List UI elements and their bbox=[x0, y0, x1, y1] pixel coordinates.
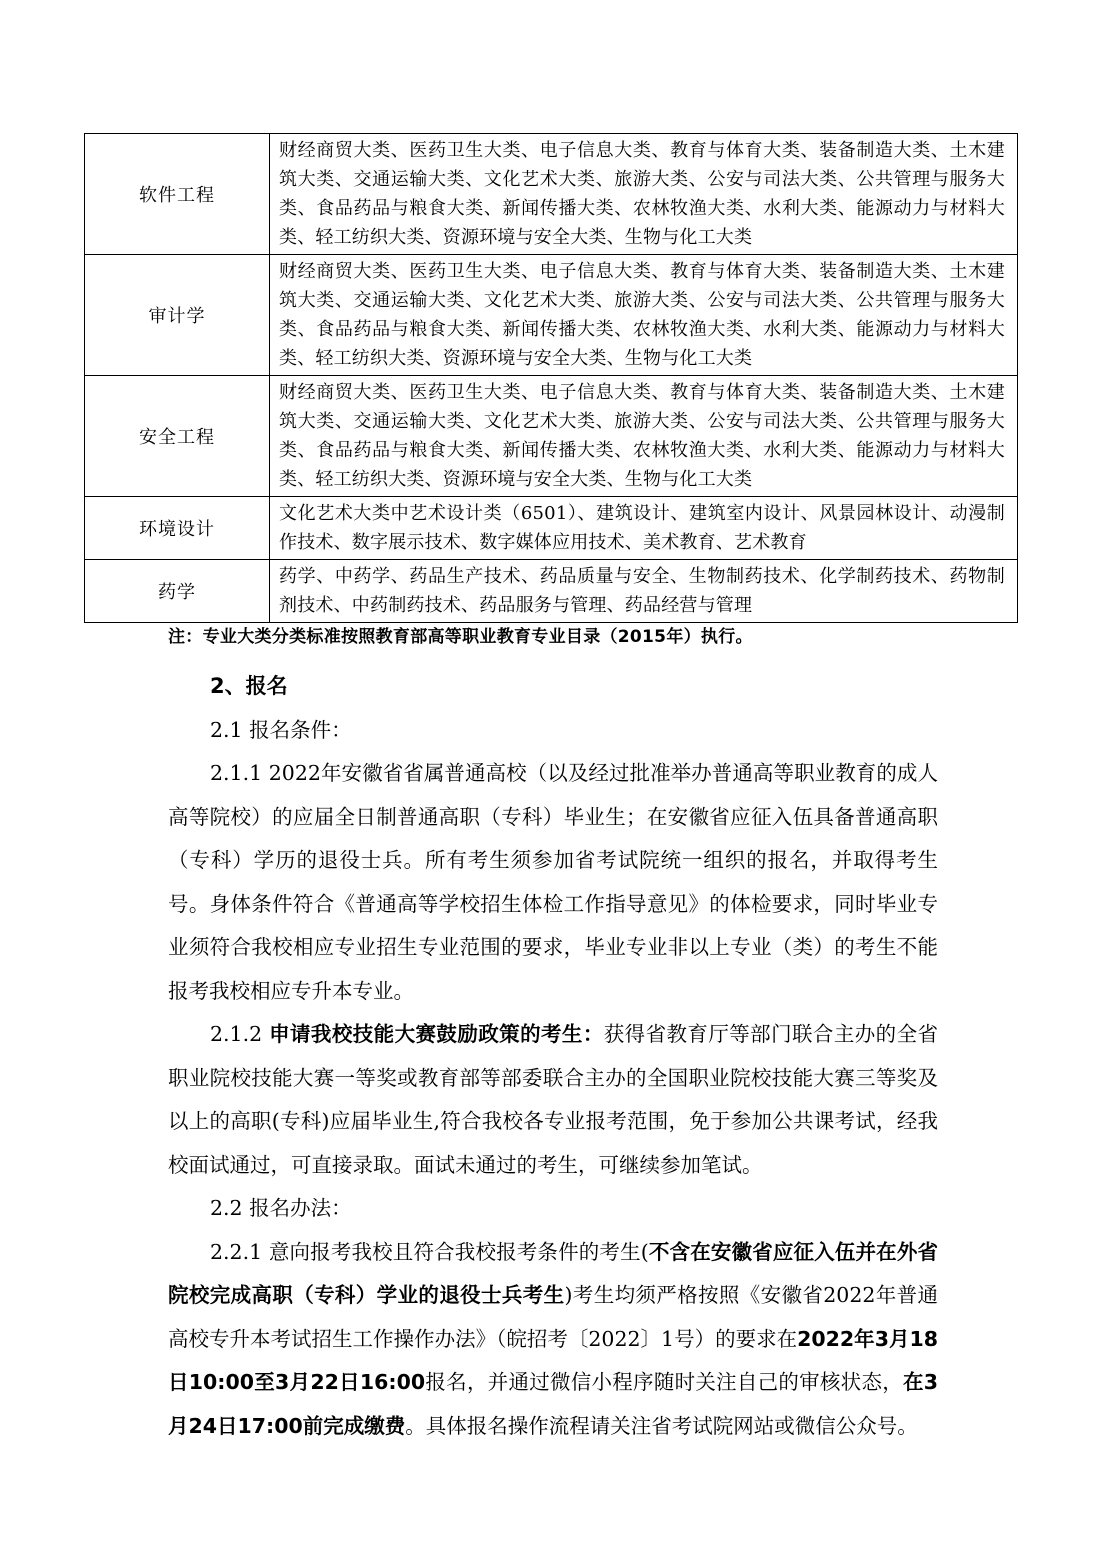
bold-clause-title: 申请我校技能大赛鼓励政策的考生： bbox=[269, 1022, 604, 1046]
clause-number: 2.1.2 bbox=[210, 1022, 269, 1046]
subsection-heading-2-2: 2.2 报名办法： bbox=[168, 1187, 938, 1231]
clause-text: 2.2.1 意向报考我校且符合我校报考条件的考生( bbox=[210, 1240, 649, 1264]
paragraph-2-1-2: 2.1.2 申请我校技能大赛鼓励政策的考生：获得省教育厅等部门联合主办的全省职业… bbox=[168, 1013, 938, 1187]
major-scope-table: 软件工程 财经商贸大类、医药卫生大类、电子信息大类、教育与体育大类、装备制造大类… bbox=[84, 133, 1018, 623]
table-note: 注：专业大类分类标准按照教育部高等职业教育专业目录（2015年）执行。 bbox=[168, 622, 753, 647]
paragraph-2-2-1: 2.2.1 意向报考我校且符合我校报考条件的考生(不含在安徽省应征入伍并在外省院… bbox=[168, 1231, 938, 1449]
subsection-heading-2-1: 2.1 报名条件： bbox=[168, 709, 938, 753]
major-scope: 财经商贸大类、医药卫生大类、电子信息大类、教育与体育大类、装备制造大类、土木建筑… bbox=[270, 255, 1018, 376]
table-row: 软件工程 财经商贸大类、医药卫生大类、电子信息大类、教育与体育大类、装备制造大类… bbox=[85, 134, 1018, 255]
major-scope: 药学、中药学、药品生产技术、药品质量与安全、生物制药技术、化学制药技术、药物制剂… bbox=[270, 560, 1018, 623]
major-scope: 文化艺术大类中艺术设计类（6501）、建筑设计、建筑室内设计、风景园林设计、动漫… bbox=[270, 497, 1018, 560]
major-name: 审计学 bbox=[85, 255, 270, 376]
major-scope: 财经商贸大类、医药卫生大类、电子信息大类、教育与体育大类、装备制造大类、土木建筑… bbox=[270, 376, 1018, 497]
major-name: 软件工程 bbox=[85, 134, 270, 255]
paragraph-2-1-1: 2.1.1 2022年安徽省省属普通高校（以及经过批准举办普通高等职业教育的成人… bbox=[168, 752, 938, 1013]
major-name: 环境设计 bbox=[85, 497, 270, 560]
registration-section: 2、报名 2.1 报名条件： 2.1.1 2022年安徽省省属普通高校（以及经过… bbox=[168, 665, 938, 1448]
major-name: 安全工程 bbox=[85, 376, 270, 497]
major-scope: 财经商贸大类、医药卫生大类、电子信息大类、教育与体育大类、装备制造大类、土木建筑… bbox=[270, 134, 1018, 255]
document-page: 软件工程 财经商贸大类、医药卫生大类、电子信息大类、教育与体育大类、装备制造大类… bbox=[0, 0, 1102, 1559]
table-row: 安全工程 财经商贸大类、医药卫生大类、电子信息大类、教育与体育大类、装备制造大类… bbox=[85, 376, 1018, 497]
section-heading: 2、报名 bbox=[168, 665, 938, 709]
table-row: 药学 药学、中药学、药品生产技术、药品质量与安全、生物制药技术、化学制药技术、药… bbox=[85, 560, 1018, 623]
table-row: 环境设计 文化艺术大类中艺术设计类（6501）、建筑设计、建筑室内设计、风景园林… bbox=[85, 497, 1018, 560]
major-name: 药学 bbox=[85, 560, 270, 623]
clause-text: 。具体报名操作流程请关注省考试院网站或微信公众号。 bbox=[405, 1414, 918, 1438]
clause-text: 报名，并通过微信小程序随时关注自己的审核状态， bbox=[425, 1370, 903, 1394]
table-row: 审计学 财经商贸大类、医药卫生大类、电子信息大类、教育与体育大类、装备制造大类、… bbox=[85, 255, 1018, 376]
